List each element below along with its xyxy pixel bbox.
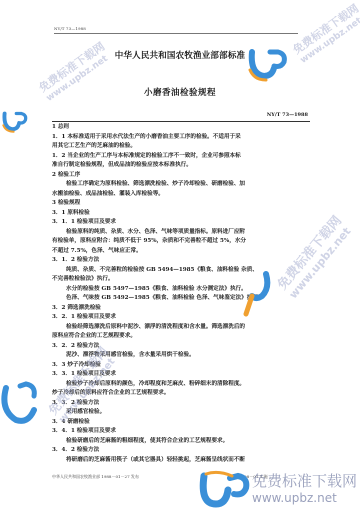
body-line: 3 检验规程: [52, 199, 310, 209]
body-line: 1 总则: [52, 123, 310, 133]
body-line: 炒子冷却后的原料应符合企业的工艺规程要求。: [52, 389, 310, 399]
document-title: 小磨香油检验规程: [0, 86, 360, 98]
body-line: 检验原料的纯质、杂质、水分、色泽、气味等项质量指标。原料进厂应附: [52, 228, 310, 238]
header-standard-code: NY/T 73—1988: [54, 26, 86, 31]
body-line: 3．3．2 检验方法: [52, 399, 310, 409]
body-line: 泥沙、漂浮物采用感官检验，含水量采用烘干检验。: [52, 351, 310, 361]
body-line: 原料应符合企业的工艺规程要求。: [52, 332, 310, 342]
header-rule: [54, 33, 298, 34]
up-logo-icon: [2, 110, 28, 134]
standard-number: NY/T 73—1988: [267, 112, 308, 118]
body-line: 检验研磨后的芝麻酱的粗细程度，使其符合企业的工艺规程要求。: [52, 437, 310, 447]
body-line: 2 检验工序: [52, 171, 310, 181]
document-body: 1 总则1．1 本标准适用于采用水代法生产的小磨香油主要工序的检验。不适用于采用…: [52, 123, 310, 465]
body-line: 不完善粒检验法》执行。: [52, 275, 310, 285]
body-line: 水分的检验按 GB 5497—1985《粮食、油料检验 水分测定法》执行。: [52, 285, 310, 295]
footer-effective: 1988－08－01 实施: [230, 474, 268, 480]
body-line: 采用感官检验。: [52, 408, 310, 418]
body-line: 3．1．2 检验方法: [52, 256, 310, 266]
body-line: 3．2．2 检验方法: [52, 342, 310, 352]
body-line: 检验经筛选漂洗后原料中泥沙、漂浮的清洗程度和含水量。筛选漂洗后的: [52, 323, 310, 333]
body-line: 纯质、杂质、不完善粒的检验按 GB 5494—1985《粮食、油料检验 杂质、: [52, 266, 310, 276]
body-line: 3．2 筛选漂洗检验: [52, 304, 310, 314]
body-line: 3．4．2 检验方法: [52, 446, 310, 456]
up-logo-icon: [0, 380, 40, 430]
body-line: 1．2 当企业的生产工序与本标准规定的检验工序不一致时，企业可参照本标: [52, 152, 310, 162]
body-line: 3．3．1 检验项目及要求: [52, 370, 310, 380]
body-line: 3．1 原料检验: [52, 209, 310, 219]
body-line: 用其它工艺生产的芝麻油的检验。: [52, 142, 310, 152]
body-line: 不超过 7.5%，色泽、气味应正常。: [52, 247, 310, 257]
body-line: 色泽、气味按 GB 5492—1985《粮食、油料检验 色泽、气味鉴定法》执行。: [52, 294, 310, 304]
body-line: 检验炒子冷却后原料的颜色，冷却程度和芝麻皮、粉碎细末的清除程度。: [52, 380, 310, 390]
body-line: 有检验单，原料应附合：纯质不低于 95%，杂质和不完善粒不超过 5%，水分: [52, 237, 310, 247]
body-rule: [52, 121, 310, 122]
body-line: 检验工序确定为原料检验、筛选漂洗检验、炒子冷却检验、研磨检验、加: [52, 180, 310, 190]
body-line: 准自行制定检验规程，但成品油的检验应按本标准执行。: [52, 161, 310, 171]
body-line: 3．1．1 检验项目及要求: [52, 218, 310, 228]
body-line: 3．2．1 检验项目及要求: [52, 313, 310, 323]
footer-issued: 中华人民共和国农牧渔业部 1988－01－27 发布: [52, 474, 139, 480]
document-page: NY/T 73—1988 中华人民共和国农牧渔业部部标准 小磨香油检验规程 NY…: [0, 0, 360, 510]
body-line: 3．3 炒子冷却检验: [52, 361, 310, 371]
body-line: 3．4．1 检验项目及要求: [52, 427, 310, 437]
body-line: 水搬油检验、成品油检验、灌装入库检验等。: [52, 190, 310, 200]
ministry-heading: 中华人民共和国农牧渔业部部标准: [0, 49, 360, 61]
body-line: 3．4 研磨检验: [52, 418, 310, 428]
body-line: 将研磨后的芝麻酱用筷子（或其它器具）轻轻挑起，芝麻酱呈线状而不断: [52, 456, 310, 466]
body-line: 1．1 本标准适用于采用水代法生产的小磨香油主要工序的检验。不适用于采: [52, 133, 310, 143]
